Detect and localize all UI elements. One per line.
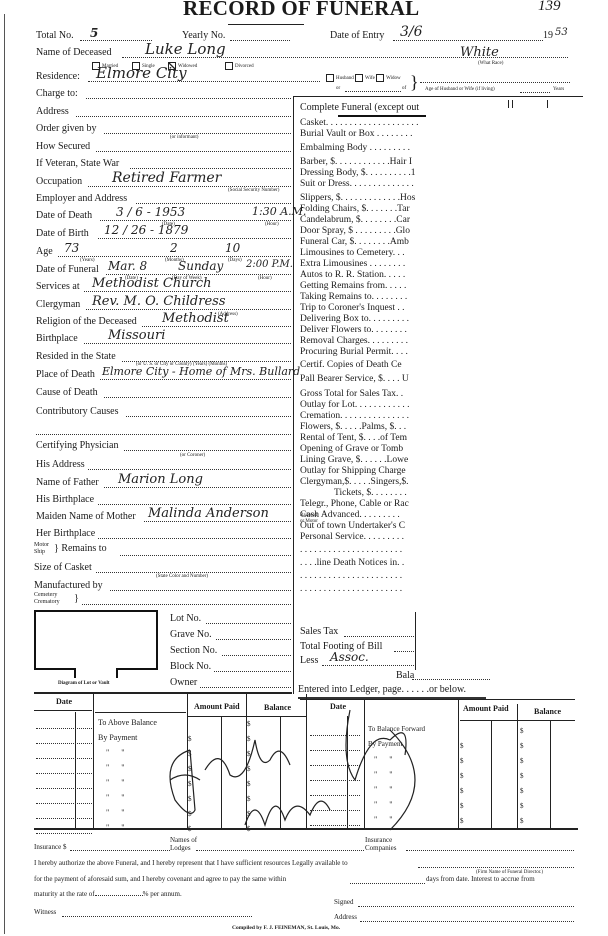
mother-label: Maiden Name of Mother xyxy=(36,511,136,523)
deceased-name-value: Luke Long xyxy=(145,40,226,58)
charge-item: Extra Limousines . . . . . . . . xyxy=(300,259,430,270)
year-value: 53 xyxy=(555,27,568,38)
charge-item: Outlay for Lot. . . . . . . . . . . . xyxy=(300,400,430,411)
funeral-day-value: Sunday xyxy=(178,259,223,273)
religion-field[interactable] xyxy=(142,326,291,327)
charge-item: Burial Vault or Box . . . . . . . . xyxy=(300,129,430,140)
how-secured-label: How Secured xyxy=(36,141,90,153)
physician-field[interactable] xyxy=(124,450,291,451)
address-footer-field[interactable] xyxy=(360,921,574,922)
physician-label: Certifying Physician xyxy=(36,440,119,452)
left-margin-line xyxy=(4,14,5,934)
insurance-label: Insurance $ xyxy=(34,843,66,851)
charge-item: Limousines to Cemetery. . . xyxy=(300,248,430,259)
charge-item: Flowers, $. . . . .Palms, $. . . xyxy=(300,422,430,433)
charges-top-border xyxy=(293,96,583,97)
residence-value: Elmore City xyxy=(96,64,187,82)
spouse-detail-field[interactable] xyxy=(420,82,570,83)
charge-item: Tickets, $. . . . . . . . xyxy=(300,488,430,499)
clergyman-label: Clergyman xyxy=(36,299,80,311)
date-of-death-label: Date of Death xyxy=(36,210,92,222)
balance-field[interactable] xyxy=(412,679,490,680)
address-label: Address xyxy=(36,106,69,118)
date-of-funeral-field[interactable] xyxy=(106,274,291,275)
signed-label: Signed xyxy=(334,898,353,906)
father-birthplace-label: His Birthplace xyxy=(36,494,94,506)
charge-item: Opening of Grave or Tomb xyxy=(300,444,430,455)
yearly-no-field[interactable] xyxy=(230,40,290,41)
age-months-value: 2 xyxy=(170,241,178,255)
insurance-field[interactable] xyxy=(70,850,170,851)
charge-item: Deliver Flowers to. . . . . . . . xyxy=(300,325,430,336)
address-field[interactable] xyxy=(76,116,291,117)
services-value: Methodist Church xyxy=(92,276,212,291)
date-of-birth-field[interactable] xyxy=(98,238,291,239)
sales-tax-field[interactable] xyxy=(344,636,414,637)
date-of-death-value: 3 / 6 - 1953 xyxy=(116,205,185,219)
charge-item: Getting Remains from. . . . . xyxy=(300,281,430,292)
brace: } xyxy=(410,72,419,92)
date-of-funeral-value: Mar. 8 xyxy=(108,259,147,273)
resided-label: Resided in the State xyxy=(36,351,116,363)
authorization-line-2: for the payment of aforesaid sum, and I … xyxy=(34,875,286,883)
widow-checkbox[interactable] xyxy=(376,74,384,82)
brace: } xyxy=(74,593,79,605)
address-footer-label: Address xyxy=(334,913,357,921)
charges-left-border xyxy=(293,96,294,694)
employer-field[interactable] xyxy=(136,203,291,204)
age-years-value: 73 xyxy=(64,241,79,255)
ssn-caption: (Social Security Number) xyxy=(228,188,279,194)
charge-item: Candelabrum, $. . . . . . . .Car xyxy=(300,215,430,226)
birthplace-value: Missouri xyxy=(108,328,165,343)
casket-caption: (State Color and Number) xyxy=(156,574,208,580)
veteran-label: If Veteran, State War xyxy=(36,158,119,170)
residence-label: Residence: xyxy=(36,71,80,83)
charge-item: . . . . . . . . . . . . . . . . . . . . … xyxy=(300,571,430,582)
charge-item: . . . . . . . . . . . . . . . . . . . . … xyxy=(300,545,430,556)
casket-size-field[interactable] xyxy=(96,572,291,573)
contributory-field[interactable] xyxy=(126,416,291,417)
charge-item: Out of town Undertaker's C xyxy=(300,521,430,532)
death-hour-caption: (Hour) xyxy=(265,222,279,228)
charge-item: Trip to Coroner's Inquest . . xyxy=(300,303,430,314)
lot-label: Lot No. xyxy=(170,613,201,625)
year-prefix: 19 xyxy=(543,30,553,42)
total-no-value: 5 xyxy=(90,26,98,40)
signed-field[interactable] xyxy=(358,906,574,907)
birthplace-field[interactable] xyxy=(84,343,291,344)
father-birthplace-field[interactable] xyxy=(98,504,291,505)
charge-to-label: Charge to: xyxy=(36,88,78,100)
charge-item: Door Spray, $ . . . . . . . . .Glo xyxy=(300,226,430,237)
manufactured-label: Manufactured by xyxy=(34,580,103,592)
days-caption: (Days) xyxy=(228,258,242,264)
charge-item: Cremation. . . . . . . . . . . . . . . xyxy=(300,411,430,422)
occupation-label: Occupation xyxy=(36,176,82,188)
lot-diagram-box xyxy=(34,610,158,670)
compiled-by: Compiled by F. J. FEINEMAN, St. Louis, M… xyxy=(232,925,340,931)
spouse-or: or xyxy=(336,86,340,92)
place-of-death-label: Place of Death xyxy=(36,369,95,381)
order-given-caption: (or informant) xyxy=(170,135,198,141)
sales-tax-label: Sales Tax xyxy=(300,626,338,638)
his-address-field[interactable] xyxy=(88,469,291,470)
how-secured-field[interactable] xyxy=(96,151,291,152)
witness-field[interactable] xyxy=(62,916,252,917)
services-field[interactable] xyxy=(84,291,291,292)
total-footing-field[interactable] xyxy=(394,651,414,652)
charge-item: Embalming Body . . . . . . . . . xyxy=(300,143,430,154)
interest-rate-field[interactable] xyxy=(95,895,143,896)
owner-field[interactable] xyxy=(200,687,291,688)
charge-item: Procuring Burial Permit. . . . xyxy=(300,347,430,358)
date-of-death-field[interactable] xyxy=(100,220,291,221)
block-label: Block No. xyxy=(170,661,211,673)
diagram-entry-right xyxy=(116,668,118,678)
occupation-value: Retired Farmer xyxy=(112,170,221,186)
total-no-label: Total No. xyxy=(36,30,74,42)
services-label: Services at xyxy=(36,281,80,293)
age-label: Age xyxy=(36,246,53,258)
charge-item: Lining Grave, $. . . . . .Lowe xyxy=(300,455,430,466)
charge-item: Cash Advanced. . . . . . . . . xyxy=(300,510,430,521)
authorization-line-1: I hereby authorize the above Funeral, an… xyxy=(34,859,348,867)
charge-item: Taking Remains to. . . . . . . . xyxy=(300,292,430,303)
date-of-funeral-label: Date of Funeral xyxy=(36,264,99,276)
spouse-options: Husband Wife Widow xyxy=(326,74,401,82)
father-label: Name of Father xyxy=(36,477,99,489)
cause-label: Cause of Death xyxy=(36,387,98,399)
charge-item: Slippers, $. . . . . . . . . . . . .Hos xyxy=(300,193,430,204)
marital-divorced[interactable]: Divorced xyxy=(225,62,254,70)
clergyman-value: Rev. M. O. Childress xyxy=(92,294,226,309)
diagram-bottom-right xyxy=(116,668,156,670)
birthplace-label: Birthplace xyxy=(36,333,78,345)
remains-to-field[interactable] xyxy=(120,555,291,556)
owner-label: Owner xyxy=(170,677,197,689)
manufactured-field[interactable] xyxy=(110,590,291,591)
spouse-age-caption: Age of Husband or Wife (if living) xyxy=(425,87,495,93)
diagram-entry-left xyxy=(74,668,76,678)
charge-item: Rental of Tent, $. . . .of Tem xyxy=(300,433,430,444)
diagram-bottom-left xyxy=(34,668,76,670)
date-of-entry-label: Date of Entry xyxy=(330,30,384,42)
race-value: White xyxy=(460,45,499,60)
deceased-name-label: Name of Deceased xyxy=(36,47,112,59)
mother-birthplace-label: Her Birthplace xyxy=(36,528,95,540)
cause-field[interactable] xyxy=(104,397,291,398)
tick-mark xyxy=(508,100,509,108)
charge-item: Certif. Copies of Death Ce xyxy=(300,360,430,371)
charge-item: Folding Chairs, $. . . . . . .Tar xyxy=(300,204,430,215)
clergyman-field[interactable] xyxy=(86,309,291,310)
age-field[interactable] xyxy=(58,256,291,257)
wife-checkbox[interactable] xyxy=(355,74,363,82)
charge-item: Gross Total for Sales Tax. . xyxy=(300,389,430,400)
tick-mark xyxy=(512,100,513,108)
less-value: Assoc. xyxy=(330,650,369,664)
charges-heading: Complete Funeral (except out xyxy=(300,102,419,113)
funeral-hour-caption: (Hour) xyxy=(258,276,272,282)
cemetery-field[interactable] xyxy=(82,604,291,605)
mother-field[interactable] xyxy=(144,521,291,522)
charge-item: . . . .line Death Notices in. . xyxy=(300,558,430,569)
document-title: RECORD OF FUNERAL xyxy=(183,0,420,21)
block-field[interactable] xyxy=(214,671,291,672)
date-of-entry-value: 3/6 xyxy=(400,24,423,40)
casket-size-label: Size of Casket xyxy=(34,562,92,574)
motor-ship-label: Motor Ship xyxy=(34,542,49,556)
funeral-hour-value: 2:00 P.M. xyxy=(246,259,293,270)
race-caption: (What Race) xyxy=(478,61,503,67)
charge-item: Casket. . . . . . . . . . . . . . . . . … xyxy=(300,118,430,129)
charge-item: Telegr., Phone, Cable or Rac xyxy=(300,499,430,510)
section-label: Section No. xyxy=(170,645,217,657)
charges-heading-underline xyxy=(338,115,426,117)
less-field[interactable] xyxy=(322,665,414,666)
section-field[interactable] xyxy=(222,655,291,656)
religion-value: Methodist xyxy=(162,311,229,326)
authorization-line-3: maturity at the rate of% per annum. xyxy=(34,890,182,898)
grave-label: Grave No. xyxy=(170,629,212,641)
charge-item: Autos to R. R. Station. . . . . xyxy=(300,270,430,281)
age-days-value: 10 xyxy=(225,241,240,255)
place-of-death-value: Elmore City - Home of Mrs. Bullard xyxy=(102,365,300,378)
witness-label: Witness xyxy=(34,908,56,916)
religion-label: Religion of the Deceased xyxy=(36,316,137,328)
charge-item: Clergyman,$. . . . .Singers,$. xyxy=(300,477,430,488)
charge-item: Outlay for Shipping Charge xyxy=(300,466,430,477)
date-of-birth-label: Date of Birth xyxy=(36,228,89,240)
remains-to-label: } Remains to xyxy=(54,543,107,555)
order-given-label: Order given by xyxy=(36,123,97,135)
occupation-field[interactable] xyxy=(88,186,291,187)
less-label: Less xyxy=(300,655,318,667)
employer-label: Employer and Address xyxy=(36,193,127,205)
ledger-left-date-header: Date xyxy=(56,697,72,706)
railroad-label: Railroad or Motor xyxy=(300,513,318,525)
tick-mark xyxy=(547,100,548,108)
physician-caption: (or Coroner) xyxy=(180,453,205,459)
funeral-director-field[interactable] xyxy=(418,867,574,868)
date-header-line xyxy=(34,710,92,711)
lodges-field[interactable] xyxy=(196,850,364,851)
balance-label: Bala xyxy=(396,670,414,682)
spouse-name-field[interactable] xyxy=(345,91,401,92)
ledger-right-amount-header: Amount Paid xyxy=(463,704,509,713)
order-given-field[interactable] xyxy=(104,133,291,134)
days-field[interactable] xyxy=(350,883,425,884)
father-field[interactable] xyxy=(104,487,291,488)
father-value: Marion Long xyxy=(118,472,203,487)
lot-field[interactable] xyxy=(206,623,291,624)
husband-checkbox[interactable] xyxy=(326,74,334,82)
grave-field[interactable] xyxy=(216,639,291,640)
date-of-birth-value: 12 / 26 - 1879 xyxy=(104,223,188,237)
charge-item: Suit or Dress. . . . . . . . . . . . . . xyxy=(300,179,430,190)
place-of-death-field[interactable] xyxy=(100,379,291,380)
his-address-label: His Address xyxy=(36,459,85,471)
spouse-age-unit: Years xyxy=(553,87,564,93)
ledger-note: Entered into Ledger, page. . . . . .or b… xyxy=(298,684,466,696)
charge-item: Personal Service. . . . . . . . . xyxy=(300,532,430,543)
spouse-age-field[interactable] xyxy=(520,92,550,93)
charge-to-field[interactable] xyxy=(86,98,291,99)
date-of-entry-field[interactable] xyxy=(393,40,543,41)
page-number: 139 xyxy=(538,0,561,15)
charge-item: . . . . . . . . . . . . . . . . . . . . … xyxy=(300,584,430,595)
handwritten-signature xyxy=(150,700,450,835)
title-underline xyxy=(228,24,304,25)
charge-item: Funeral Car, $. . . . . . . .Amb xyxy=(300,237,430,248)
charge-item: Pall Bearer Service, $. . . . U xyxy=(300,374,430,385)
mother-value: Malinda Anderson xyxy=(148,506,269,521)
total-no-field[interactable] xyxy=(80,40,152,41)
divorced-checkbox[interactable] xyxy=(225,62,233,70)
ledger-right-balance-header: Balance xyxy=(534,707,561,716)
charge-item: Delivering Box to. . . . . . . . . xyxy=(300,314,430,325)
companies-label: Insurance Companies xyxy=(365,836,397,852)
contributory-label: Contributory Causes xyxy=(36,406,119,418)
lodges-label: Names of Lodges xyxy=(170,836,197,852)
contributory-field-2[interactable] xyxy=(36,434,291,435)
diagram-caption: Diagram of Lot or Vault xyxy=(58,681,110,687)
subtotal-border xyxy=(415,612,416,670)
charges-list: Casket. . . . . . . . . . . . . . . . . … xyxy=(300,118,430,595)
companies-field[interactable] xyxy=(406,850,574,851)
time-of-death-value: 1:30 A.M. xyxy=(252,205,306,218)
charge-item: Dressing Body, $. . . . . . . . . .1 xyxy=(300,168,430,179)
charge-item: Removal Charges. . . . . . . . . xyxy=(300,336,430,347)
ledger-top-border-left xyxy=(34,692,292,694)
veteran-field[interactable] xyxy=(130,168,291,169)
cemetery-label: Cemetery Crematory xyxy=(34,592,60,606)
charge-item: Barber, $. . . . . . . . . . . .Hair I xyxy=(300,157,430,168)
authorization-line-2-end: days from date. Interest to accrue from xyxy=(426,875,535,883)
spouse-of: of xyxy=(402,86,406,92)
mother-birthplace-field[interactable] xyxy=(98,538,291,539)
